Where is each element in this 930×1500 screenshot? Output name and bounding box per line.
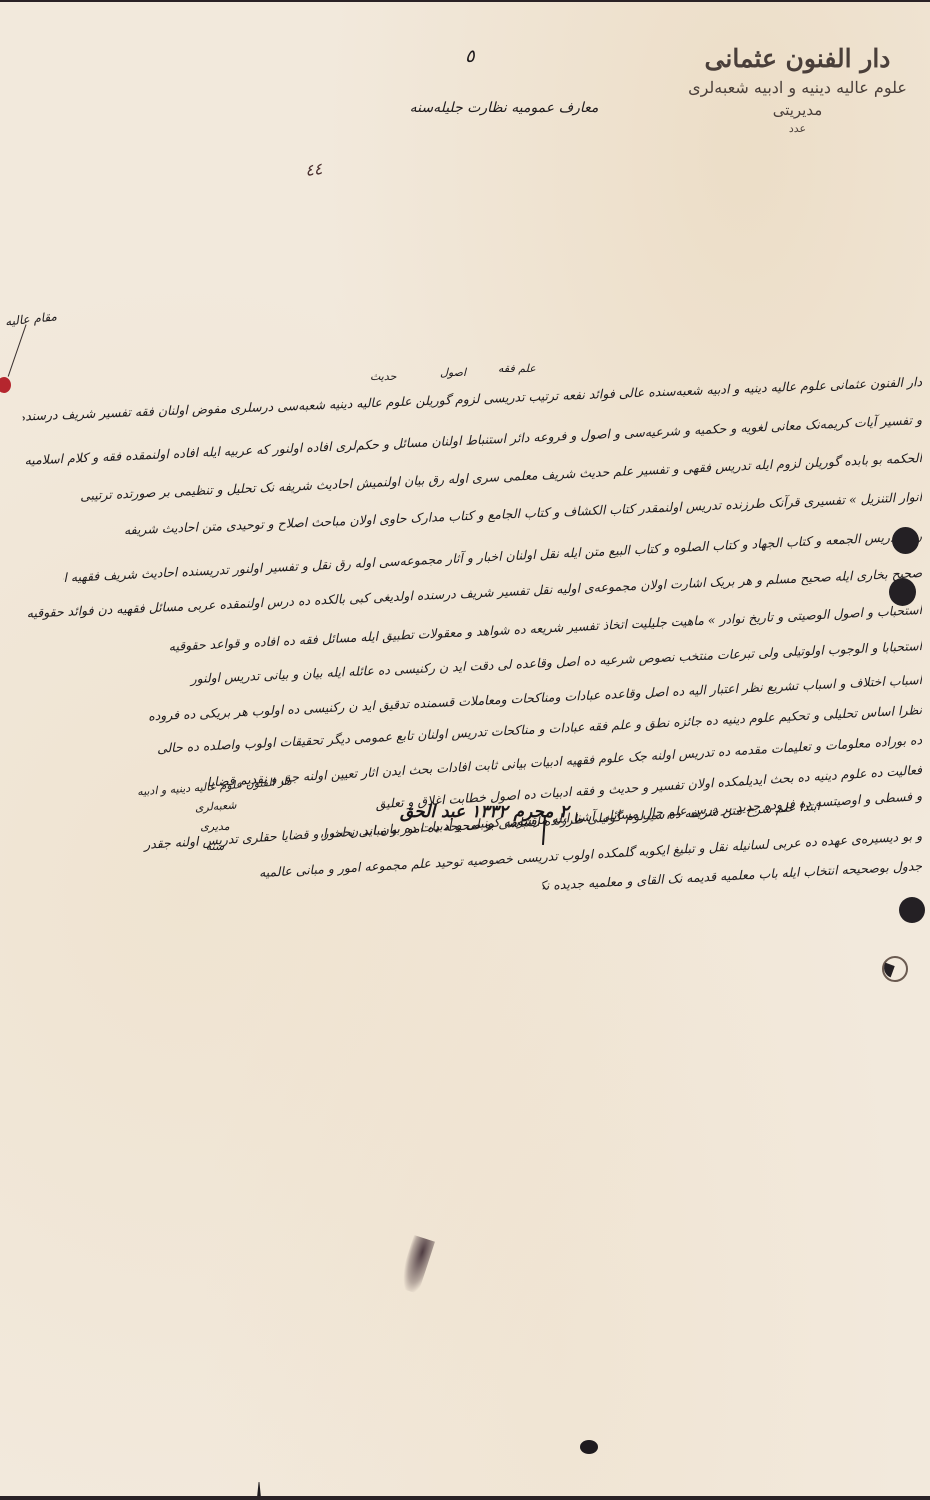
ink-blot — [580, 1440, 598, 1454]
punched-hole — [899, 897, 925, 923]
signatory-title: دار الفنون علوم عالیه دینیه و ادبیه شعبه… — [130, 777, 300, 857]
torn-hole — [882, 956, 908, 982]
body-line: انوار التنزیل » تفسیری قرآنک طرزنده تدری… — [122, 489, 922, 537]
document-page: دار الفنون عثمانی علوم عالیه دینیه و ادب… — [0, 2, 930, 1496]
body-line: دار الفنون عثمانی علوم عالیه دینیه و ادب… — [22, 374, 922, 424]
signatory-title-line: دار الفنون علوم عالیه دینیه و ادبیه شعبه… — [129, 771, 301, 823]
punched-hole — [892, 527, 919, 554]
signatory-title-line: سنه — [130, 837, 300, 857]
bottom-edge-mark — [257, 1482, 261, 1496]
letter-body: دار الفنون عثمانی علوم عالیه دینیه و ادب… — [0, 2, 930, 902]
ink-stain — [397, 1235, 435, 1294]
punched-hole — [889, 578, 916, 606]
body-line: جدول بوصحیحه انتخاب ایله باب معلمیه قدیم… — [542, 858, 922, 893]
